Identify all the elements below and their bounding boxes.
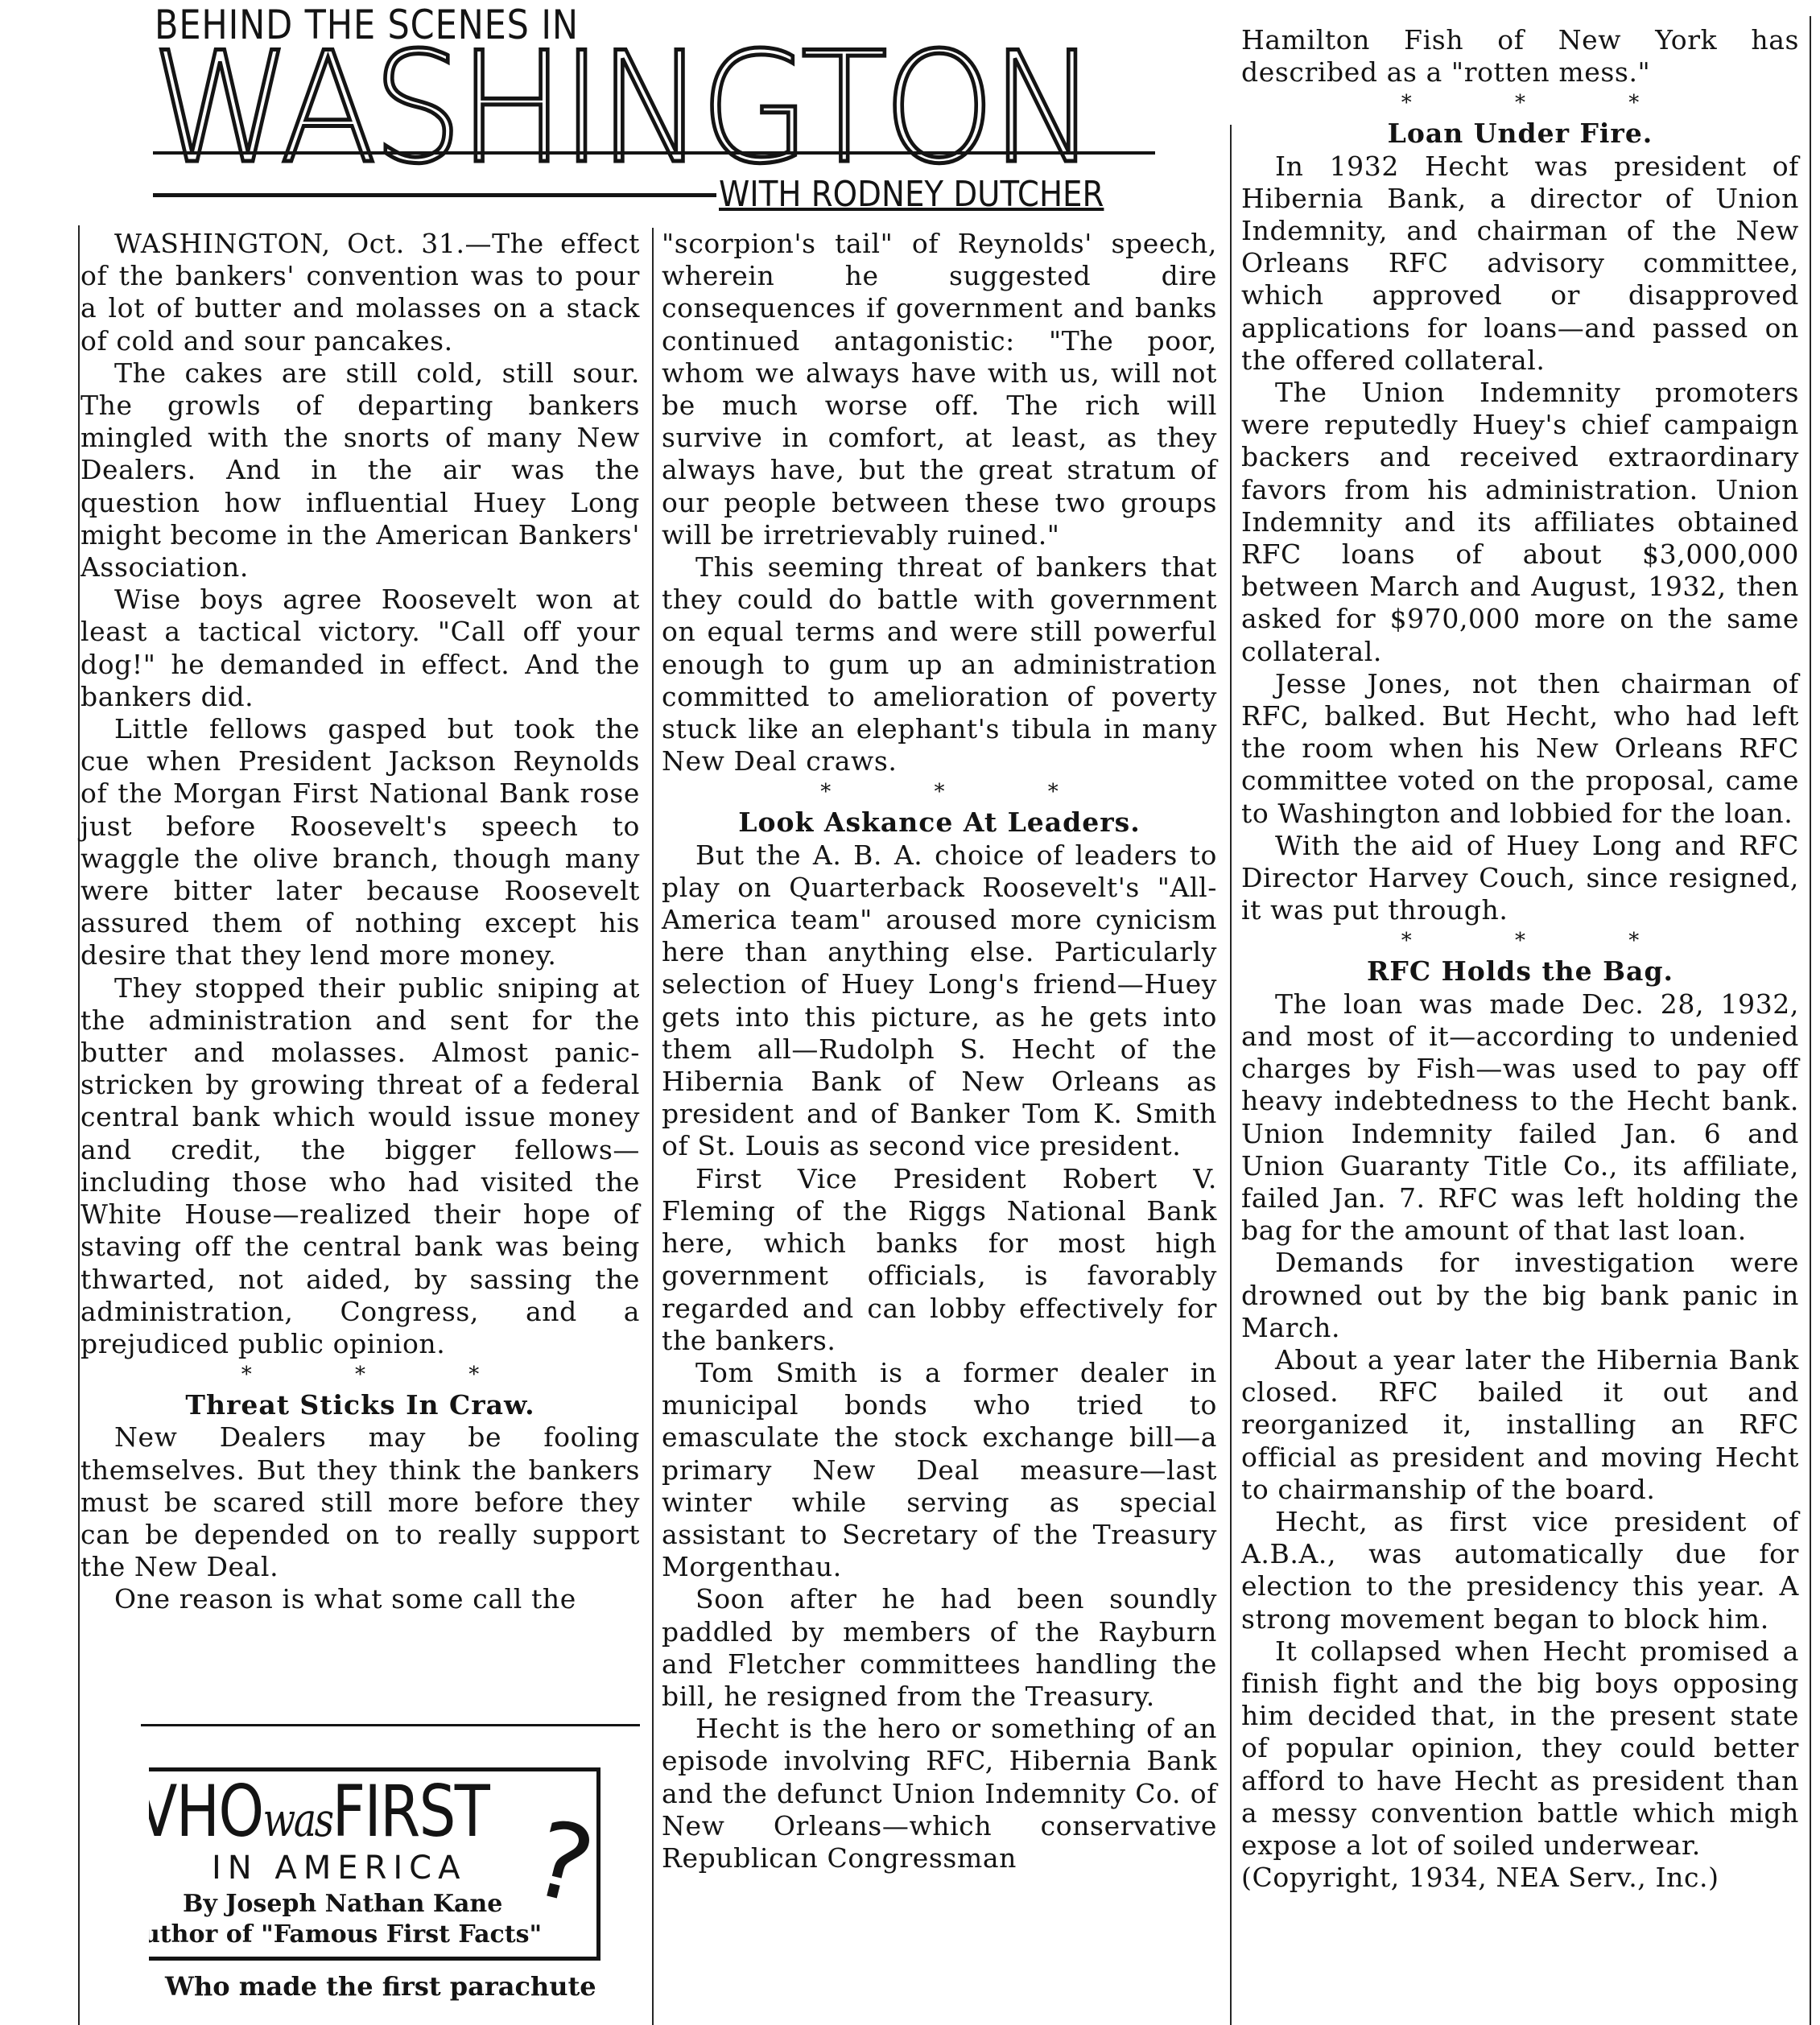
byline-rule: [153, 193, 716, 197]
paragraph: Hecht is the hero or something of an epi…: [662, 1713, 1217, 1874]
paragraph: The Union Indemnity promoters were reput…: [1241, 377, 1799, 668]
column-rule: [652, 228, 654, 2025]
section-break: * * *: [1241, 89, 1799, 118]
paragraph: With the aid of Huey Long and RFC Direct…: [1241, 830, 1799, 927]
paragraph: Little fellows gasped but took the cue w…: [80, 713, 640, 972]
paragraph: But the A. B. A. choice of leaders to pl…: [662, 839, 1217, 1163]
ad-author: By Joseph Nathan Kane: [183, 1892, 502, 1916]
ad-separator-rule: [141, 1724, 640, 1726]
paragraph: About a year later the Hibernia Bank clo…: [1241, 1344, 1799, 1506]
column-rule: [1810, 16, 1811, 2025]
subhead: Look Askance At Leaders.: [662, 806, 1217, 839]
masthead-rule: [153, 151, 1155, 155]
paragraph: Hecht, as first vice president of A.B.A.…: [1241, 1506, 1799, 1635]
paragraph: Hamilton Fish of New York has described …: [1241, 24, 1799, 89]
paragraph: "scorpion's tail" of Reynolds' speech, w…: [662, 228, 1217, 551]
paragraph: Soon after he had been soundly paddled b…: [662, 1583, 1217, 1713]
copyright-credit: (Copyright, 1934, NEA Serv., Inc.): [1241, 1862, 1799, 1894]
paragraph: WASHINGTON, Oct. 31.—The effect of the b…: [80, 228, 640, 357]
section-break: * * *: [1241, 926, 1799, 955]
paragraph: Wise boys agree Roosevelt won at least a…: [80, 584, 640, 713]
paragraph: The loan was made Dec. 28, 1932, and mos…: [1241, 988, 1799, 1248]
paragraph: It collapsed when Hecht promised a finis…: [1241, 1635, 1799, 1862]
subhead: Threat Sticks In Craw.: [80, 1389, 640, 1421]
ad-subtitle: IN AMERICA: [212, 1852, 466, 1884]
article-column-3: Hamilton Fish of New York has described …: [1241, 24, 1799, 1894]
article-column-1: WASHINGTON, Oct. 31.—The effect of the b…: [80, 228, 640, 1616]
paragraph: Tom Smith is a former dealer in municipa…: [662, 1357, 1217, 1583]
ad-headline: VHOwasFIRST: [149, 1776, 489, 1847]
paragraph: This seeming threat of bankers that they…: [662, 551, 1217, 777]
paragraph: Jesse Jones, not then chairman of RFC, b…: [1241, 668, 1799, 830]
paragraph: In 1932 Hecht was president of Hibernia …: [1241, 151, 1799, 377]
ad-headline-who: VHO: [149, 1770, 263, 1853]
paragraph: The cakes are still cold, still sour. Th…: [80, 357, 640, 584]
ad-teaser: Who made the first parachute: [165, 1973, 596, 1999]
paragraph: Demands for investigation were drowned o…: [1241, 1247, 1799, 1344]
subhead: Loan Under Fire.: [1241, 118, 1799, 150]
paragraph: New Dealers may be fooling themselves. B…: [80, 1421, 640, 1583]
masthead-title: WASHINGTON: [151, 32, 1092, 185]
paragraph: They stopped their public sniping at the…: [80, 972, 640, 1360]
section-break: * * *: [662, 777, 1217, 806]
paragraph: First Vice President Robert V. Fleming o…: [662, 1163, 1217, 1357]
subhead: RFC Holds the Bag.: [1241, 955, 1799, 988]
paragraph: One reason is what some call the: [80, 1583, 640, 1615]
column-rule: [1230, 125, 1232, 2025]
who-was-first-ad: VHOwasFIRST ? IN AMERICA By Joseph Natha…: [149, 1767, 600, 1961]
byline: WITH RODNEY DUTCHER: [719, 177, 1104, 212]
ad-headline-first: FIRST: [332, 1770, 489, 1853]
question-mark-icon: ?: [523, 1805, 600, 1920]
ad-book-credit: uthor of "Famous First Facts": [149, 1923, 542, 1947]
column-rule: [78, 225, 80, 2025]
ad-headline-was: was: [263, 1792, 332, 1847]
section-break: * * *: [80, 1360, 640, 1389]
article-column-2: "scorpion's tail" of Reynolds' speech, w…: [662, 228, 1217, 1874]
